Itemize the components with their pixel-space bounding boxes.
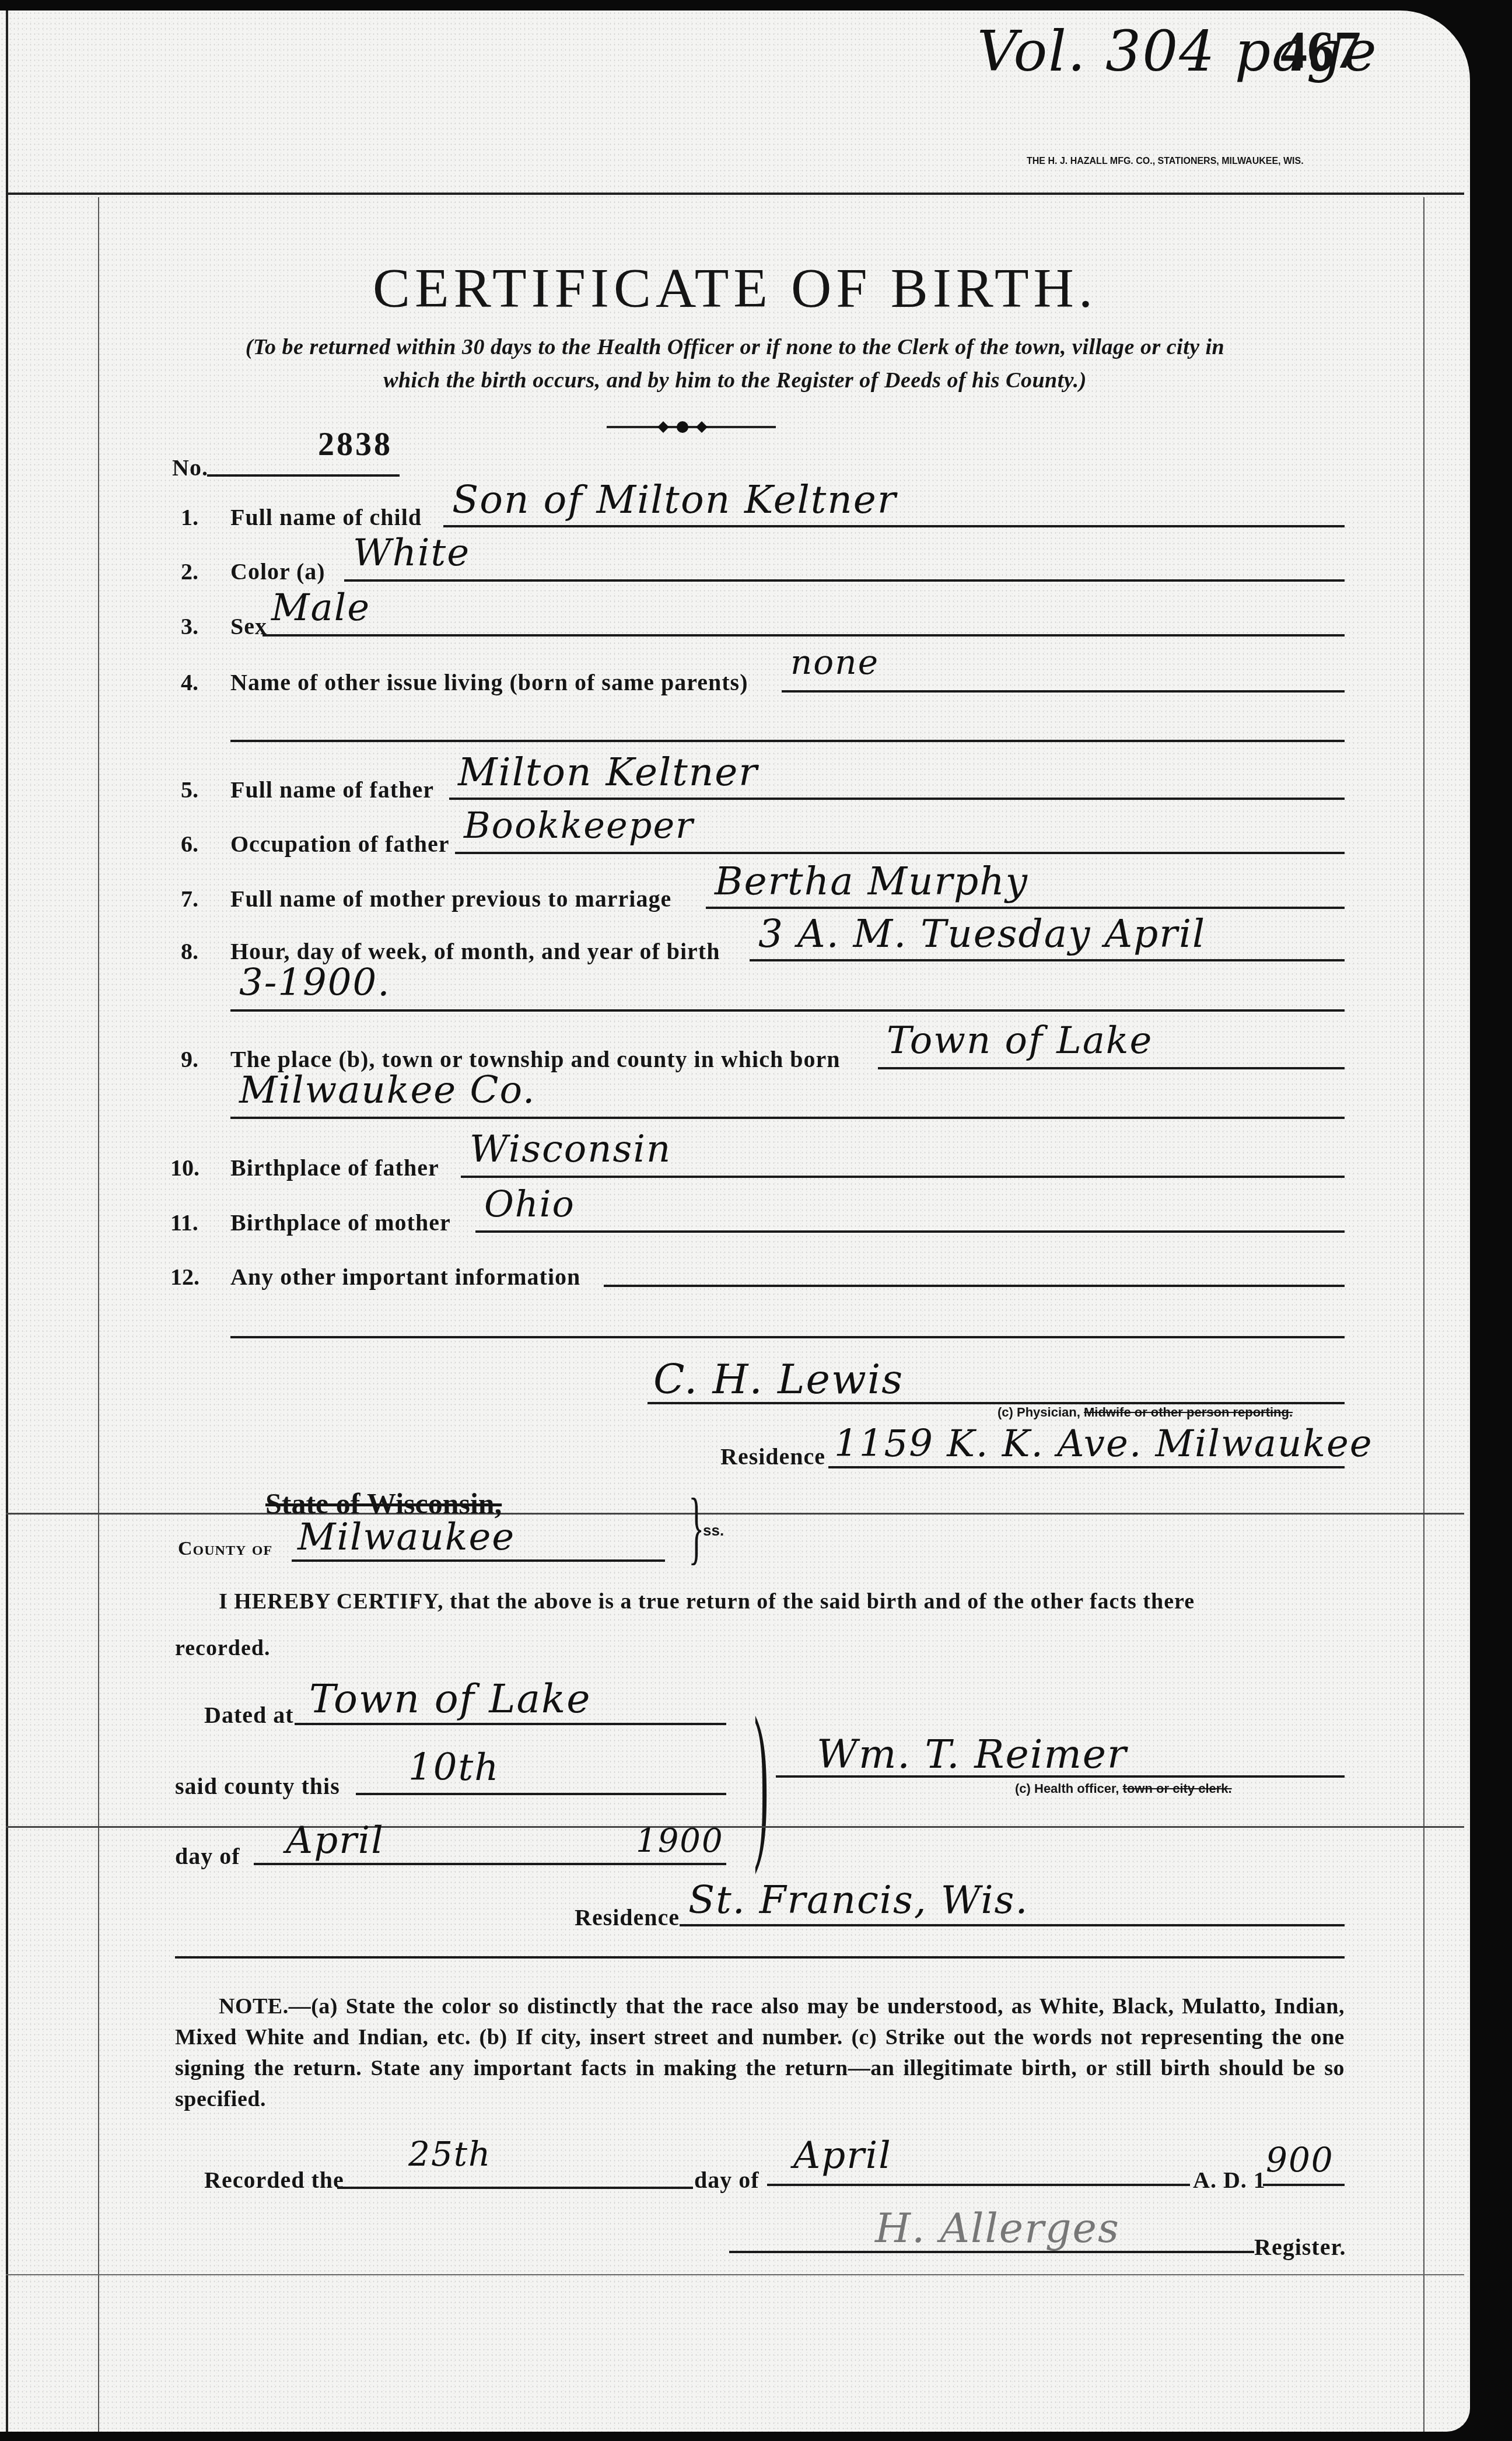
ad-label: A. D. 1 — [1193, 2166, 1266, 2194]
field-label: Full name of mother previous to marriage — [230, 885, 671, 912]
field-number: 11. — [170, 1209, 198, 1236]
certificate-page: Vol. 304 page 467 THE H. J. HAZALL MFG. … — [0, 11, 1470, 2432]
field-value: Bookkeeper — [464, 804, 694, 847]
certify-day: 10th — [408, 1746, 499, 1789]
field-value: Milton Keltner — [458, 750, 758, 795]
instructions-note: NOTE.—(a) State the color so distinctly … — [175, 1991, 1345, 2115]
field-line — [475, 1230, 1345, 1233]
certificate-no-value: 2838 — [318, 426, 393, 463]
field-label: Hour, day of week, of month, and year of… — [230, 938, 720, 965]
officer-residence-label: Residence — [575, 1904, 680, 1931]
field-continuation-line — [230, 1009, 1345, 1012]
field-number: 2. — [181, 558, 198, 585]
field-value: White — [353, 531, 470, 575]
bottom-fold-line — [6, 2274, 1464, 2275]
recorded-day-of-label: day of — [694, 2166, 759, 2194]
officer-residence: St. Francis, Wis. — [688, 1877, 1028, 1922]
field-value: Ohio — [484, 1183, 575, 1225]
field-line — [604, 1285, 1345, 1287]
field-label: Sex — [230, 613, 267, 640]
stationer-imprint: THE H. J. HAZALL MFG. CO., STATIONERS, M… — [1027, 156, 1304, 167]
reporter-role-label: (c) Physician, Midwife or other person r… — [998, 1405, 1293, 1420]
certify-text-cont: recorded. — [175, 1635, 270, 1661]
field-label: Color (a) — [230, 558, 325, 585]
ss-label: ss. — [703, 1522, 724, 1540]
certify-text: I HEREBY CERTIFY, that the above is a tr… — [219, 1589, 1195, 1614]
certificate-no-line — [207, 474, 400, 477]
dated-at-value: Town of Lake — [309, 1676, 591, 1722]
field-line — [344, 579, 1345, 582]
recorded-day-line — [337, 2187, 693, 2189]
dated-at-line — [295, 1723, 726, 1725]
county-line — [292, 1559, 665, 1562]
recorded-label: Recorded the — [204, 2166, 344, 2194]
county-value: Milwaukee — [297, 1516, 515, 1559]
field-label: Birthplace of mother — [230, 1209, 451, 1236]
officer-role-label: (c) Health officer, town or city clerk. — [1015, 1781, 1232, 1796]
day-of-label: day of — [175, 1842, 240, 1870]
officer-signature: Wm. T. Reimer — [817, 1732, 1128, 1778]
field-value: Wisconsin — [470, 1128, 671, 1171]
dated-at-label: Dated at — [204, 1701, 294, 1729]
field-continuation-line — [230, 1336, 1345, 1338]
field-line — [878, 1067, 1345, 1069]
role-health-officer: (c) Health officer, — [1015, 1781, 1119, 1796]
field-value: Bertha Murphy — [715, 859, 1028, 904]
field-label: Any other important information — [230, 1263, 580, 1291]
field-value: Son of Milton Keltner — [452, 477, 897, 522]
right-margin-line — [1423, 197, 1424, 2432]
field-value-continuation: 3-1900. — [239, 961, 391, 1005]
certificate-no-label: No. — [172, 454, 208, 481]
field-number: 3. — [181, 613, 198, 640]
top-rule — [6, 193, 1464, 195]
field-number: 7. — [181, 885, 198, 912]
officer-residence-line — [680, 1924, 1345, 1926]
field-line — [455, 852, 1345, 854]
recorded-year: 900 — [1266, 2140, 1334, 2180]
said-county-label: said county this — [175, 1772, 340, 1800]
field-number: 1. — [181, 503, 198, 531]
separator-line — [175, 1956, 1345, 1959]
certify-bracket: ) — [754, 1691, 768, 1866]
field-value: Town of Lake — [887, 1019, 1153, 1062]
field-label: Birthplace of father — [230, 1154, 439, 1181]
certify-month: April — [286, 1819, 384, 1862]
recorded-month: April — [793, 2134, 892, 2177]
field-value: none — [790, 642, 879, 682]
field-number: 10. — [170, 1154, 199, 1181]
field-label: Full name of father — [230, 776, 434, 803]
fold-line-2 — [6, 1826, 1464, 1828]
field-line — [782, 690, 1345, 693]
role-physician: (c) Physician, — [998, 1405, 1080, 1419]
reporter-residence-line — [828, 1466, 1345, 1468]
certificate-title: CERTIFICATE OF BIRTH. — [0, 256, 1470, 320]
field-label: Name of other issue living (born of same… — [230, 669, 748, 696]
field-value: 3 A. M. Tuesday April — [758, 911, 1206, 956]
recorded-day: 25th — [408, 2134, 491, 2174]
subtitle-line-1: (To be returned within 30 days to the He… — [0, 334, 1470, 360]
reporter-signature: C. H. Lewis — [653, 1355, 904, 1403]
field-line — [461, 1176, 1345, 1178]
field-number: 12. — [170, 1263, 199, 1291]
field-number: 4. — [181, 669, 198, 696]
field-number: 6. — [181, 830, 198, 858]
certify-year: 1900 — [636, 1822, 724, 1860]
role-struck: Midwife or other person reporting. — [1084, 1405, 1293, 1419]
field-continuation-line — [230, 1117, 1345, 1119]
recorded-month-line — [767, 2184, 1190, 2186]
page-number: 467 — [1280, 19, 1361, 81]
field-value-continuation: Milwaukee Co. — [239, 1069, 535, 1112]
field-label: Full name of child — [230, 503, 422, 531]
ornament-dot — [677, 421, 688, 433]
field-line — [449, 798, 1345, 800]
field-continuation-line — [230, 740, 1345, 742]
month-line — [254, 1863, 726, 1865]
reporter-residence-label: Residence — [720, 1443, 825, 1470]
reporter-residence: 1159 K. K. Ave. Milwaukee — [834, 1422, 1373, 1466]
field-label: Occupation of father — [230, 830, 450, 858]
field-line — [443, 525, 1345, 527]
subtitle-line-2: which the birth occurs, and by him to th… — [0, 368, 1470, 393]
county-label: County of — [178, 1538, 272, 1560]
bracket: } — [688, 1487, 704, 1568]
field-value: Male — [271, 586, 370, 630]
field-line — [262, 634, 1345, 637]
field-number: 9. — [181, 1045, 198, 1073]
ornament-rule — [607, 426, 776, 428]
register-signature: H. Allerges — [875, 2204, 1120, 2252]
register-label: Register. — [1254, 2233, 1346, 2261]
year-line — [1263, 2184, 1345, 2186]
field-number: 5. — [181, 776, 198, 803]
left-margin-line — [98, 197, 99, 2432]
field-line — [750, 959, 1345, 961]
fold-line-1 — [6, 1513, 1464, 1515]
field-line — [706, 907, 1345, 909]
role-clerk-struck: town or city clerk. — [1123, 1781, 1232, 1796]
field-number: 8. — [181, 938, 198, 965]
day-line — [356, 1793, 726, 1795]
